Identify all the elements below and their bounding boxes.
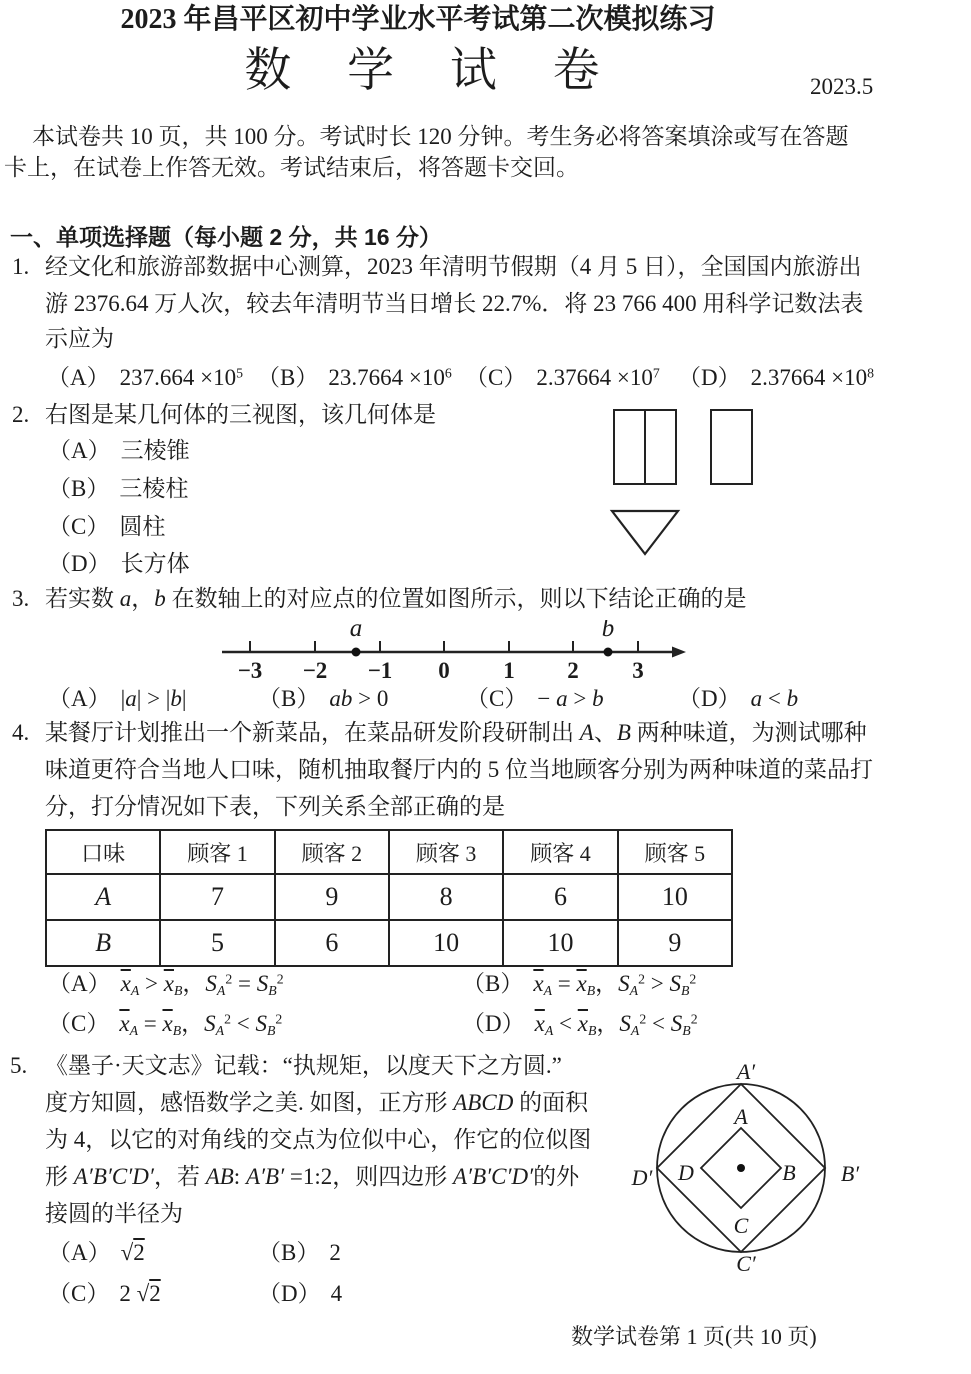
q3-number: 3. — [12, 586, 29, 612]
q5-option-A: （A）√2 — [48, 1240, 145, 1266]
q5-option-D: （D）4 — [258, 1281, 342, 1307]
q3-number-line: −3 −2 −1 0 1 2 3 a b — [208, 620, 708, 690]
q1-number: 1. — [12, 254, 29, 280]
label-D: D — [677, 1160, 694, 1185]
q5-line-3: 为 4，以它的对角线的交点为位似中心，作它的位似图 — [45, 1127, 591, 1153]
page-title: 数 学 试 卷 — [0, 44, 866, 98]
table-cell: 10 — [389, 920, 503, 966]
tick-label: −1 — [368, 658, 393, 683]
label-B-prime: B′ — [841, 1161, 860, 1186]
q4-option-C: （C）xA = xB，SA2 < SB2 — [48, 1011, 282, 1039]
q2-number: 2. — [12, 402, 29, 428]
q2-front-view-divider — [644, 411, 646, 483]
table-header-cell: 口味 — [46, 830, 160, 874]
q1-option-B: （B）23.7664 ×106 — [257, 365, 452, 391]
label-A: A — [732, 1104, 748, 1129]
q4-option-D: （D）xA < xB，SA2 < SB2 — [462, 1011, 698, 1039]
q4-line-3: 分，打分情况如下表，下列关系全部正确的是 — [45, 794, 505, 820]
q5-number: 5. — [10, 1053, 27, 1079]
q2-option-B: （B）三棱柱 — [48, 476, 188, 502]
q2-side-view-rect — [710, 409, 753, 485]
label-C: C — [734, 1213, 749, 1238]
table-cell: 7 — [160, 874, 274, 920]
table-cell: 5 — [160, 920, 274, 966]
q3-option-C: （C）− a > b — [466, 686, 604, 712]
q1-option-A: （A）237.664 ×105 — [47, 365, 243, 391]
table-cell: 6 — [275, 920, 389, 966]
intro-line-1: 本试卷共 10 页，共 100 分。考试时长 120 分钟。考生务必将答案填涂或… — [32, 124, 849, 150]
intro-line-2: 卡上，在试卷上作答无效。考试结束后，将答题卡交回。 — [4, 155, 579, 181]
table-cell: 6 — [503, 874, 617, 920]
point-b-dot — [604, 648, 613, 657]
table-row: B 5 6 10 10 9 — [46, 920, 732, 966]
q1-line-3: 示应为 — [45, 326, 114, 352]
tick-label: −2 — [303, 658, 328, 683]
table-cell: 10 — [618, 874, 732, 920]
table-cell: 10 — [503, 920, 617, 966]
label-A-prime: A′ — [735, 1059, 756, 1084]
q2-front-view-rect — [613, 409, 677, 485]
page-footer: 数学试卷第 1 页(共 10 页) — [571, 1324, 817, 1349]
q1-option-D: （D）2.37664 ×108 — [678, 365, 874, 391]
q5-similarity-figure: A′ A D′ D B B′ C C′ — [612, 1054, 880, 1286]
q4-number: 4. — [12, 720, 29, 746]
table-cell: 8 — [389, 874, 503, 920]
center-dot — [737, 1164, 745, 1172]
label-B: B — [782, 1160, 795, 1185]
q1-option-C: （C）2.37664 ×107 — [465, 365, 660, 391]
q1-line-2: 游 2376.64 万人次，较去年清明节当日增长 22.7%．将 23 766 … — [45, 291, 863, 317]
q4-option-A: （A）xA > xB，SA2 = SB2 — [48, 971, 284, 999]
q3-option-D: （D）a < b — [678, 686, 798, 712]
table-header-row: 口味 顾客 1 顾客 2 顾客 3 顾客 4 顾客 5 — [46, 830, 732, 874]
q4-score-table: 口味 顾客 1 顾客 2 顾客 3 顾客 4 顾客 5 A 7 9 8 6 10… — [45, 829, 733, 967]
q5-option-B: （B）2 — [258, 1240, 341, 1266]
q5-line-4: 形 A′B′C′D′，若 AB: A′B′ =1:2，则四边形 A′B′C′D′… — [45, 1164, 579, 1190]
point-a-dot — [352, 648, 361, 657]
table-header-cell: 顾客 3 — [389, 830, 503, 874]
q1-line-1: 经文化和旅游部数据中心测算，2023 年清明节假期（4 月 5 日），全国国内旅… — [45, 254, 862, 280]
exam-page: { "page": { "header": "2023 年昌平区初中学业水平考试… — [0, 0, 971, 1374]
table-header-cell: 顾客 2 — [275, 830, 389, 874]
q3-line-1: 若实数 a，b 在数轴上的对应点的位置如图所示，则以下结论正确的是 — [45, 586, 747, 612]
q5-line-2: 度方知圆，感悟数学之美. 如图，正方形 ABCD 的面积 — [45, 1090, 588, 1116]
q4-option-B: （B）xA = xB，SA2 > SB2 — [462, 971, 696, 999]
tick-label: 0 — [438, 658, 450, 683]
q4-line-1: 某餐厅计划推出一个新菜品，在菜品研发阶段研制出 A、B 两种味道，为测试哪种 — [45, 720, 867, 746]
point-a-label: a — [350, 620, 363, 642]
q5-line-1: 《墨子·天文志》记载：“执规矩，以度天下之方圆.” — [45, 1053, 562, 1079]
q5-line-5: 接圆的半径为 — [45, 1201, 183, 1227]
table-cell: 9 — [275, 874, 389, 920]
table-cell: 9 — [618, 920, 732, 966]
q2-option-C: （C）圆柱 — [48, 514, 165, 540]
exam-header-line: 2023 年昌平区初中学业水平考试第二次模拟练习 — [0, 4, 836, 36]
table-header-cell: 顾客 1 — [160, 830, 274, 874]
table-header-cell: 顾客 5 — [618, 830, 732, 874]
q2-option-D: （D）长方体 — [48, 551, 190, 577]
q4-line-2: 味道更符合当地人口味，随机抽取餐厅内的 5 位当地顾客分别为两种味道的菜品打 — [45, 757, 873, 783]
tick-label: 3 — [632, 658, 644, 683]
row-label-A: A — [46, 874, 160, 920]
point-b-label: b — [602, 620, 615, 642]
q3-option-B: （B）ab > 0 — [258, 686, 388, 712]
row-label-B: B — [46, 920, 160, 966]
label-D-prime: D′ — [631, 1165, 654, 1190]
table-row: A 7 9 8 6 10 — [46, 874, 732, 920]
q5-option-C: （C）2 √2 — [48, 1281, 161, 1307]
q3-option-A: （A）|a| > |b| — [48, 686, 187, 712]
tick-label: −3 — [238, 658, 263, 683]
tick-label: 1 — [503, 658, 515, 683]
q2-option-A: （A）三棱锥 — [48, 438, 190, 464]
q2-line-1: 右图是某几何体的三视图，该几何体是 — [45, 402, 436, 428]
tick-label: 2 — [567, 658, 579, 683]
q2-top-view-triangle — [609, 508, 681, 558]
section1-heading: 一、单项选择题（每小题 2 分，共 16 分） — [10, 224, 442, 250]
number-line-arrow — [672, 647, 686, 658]
label-C-prime: C′ — [736, 1251, 757, 1276]
exam-date: 2023.5 — [810, 74, 873, 100]
table-header-cell: 顾客 4 — [503, 830, 617, 874]
